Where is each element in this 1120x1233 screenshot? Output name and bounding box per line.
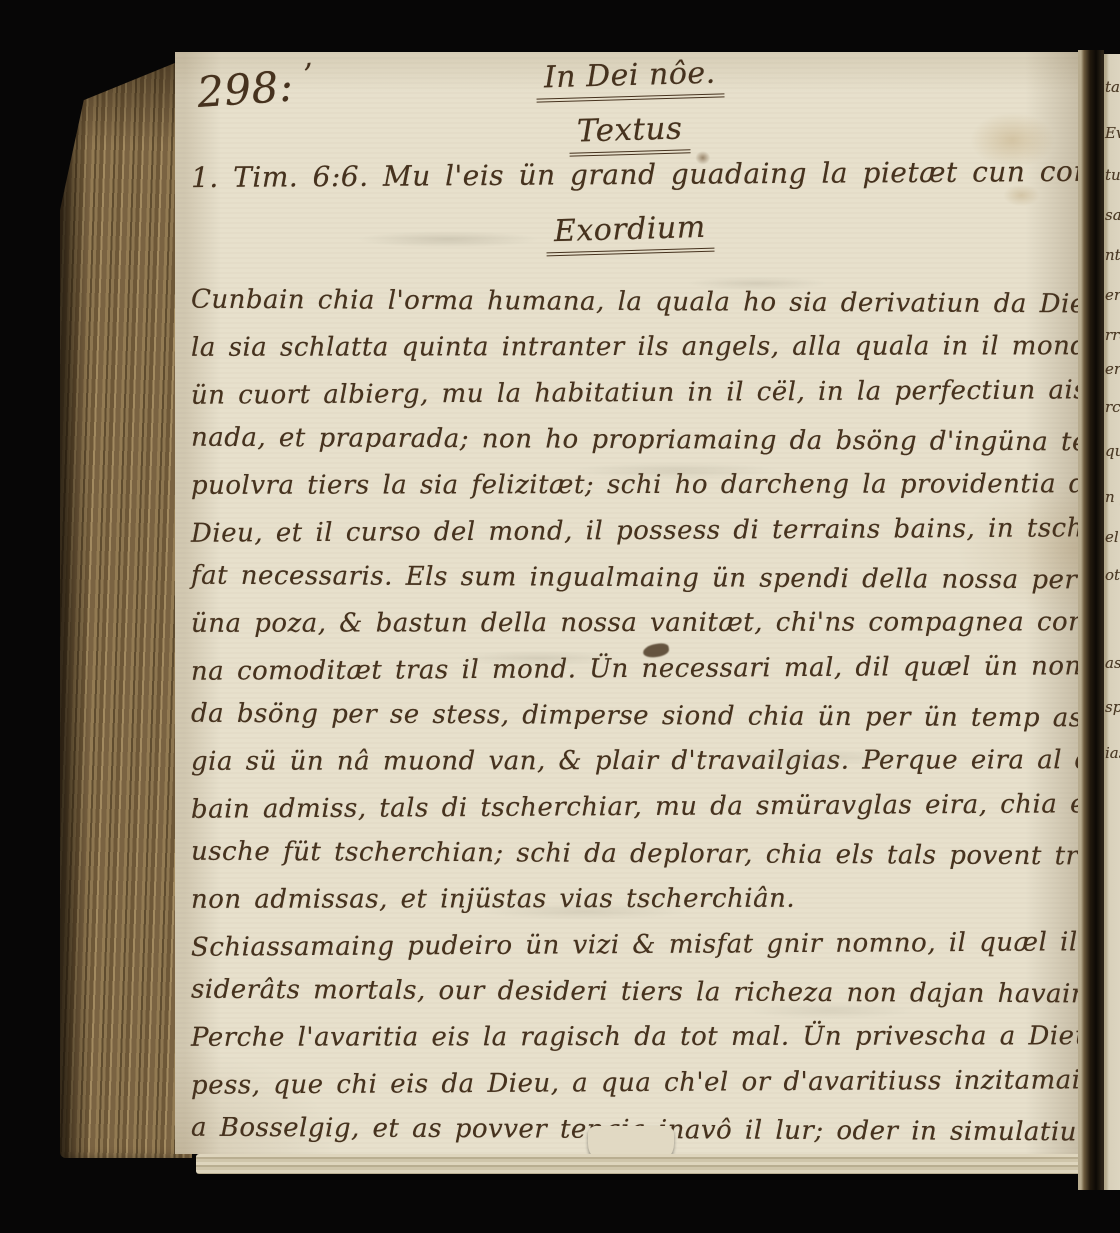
sliver-text-fragment: ot [1105,566,1120,584]
manuscript-line: puolvra tiers la sia felizitæt; schi ho … [191,461,1081,509]
sliver-text-fragment: eran [1105,360,1120,378]
sliver-text-fragment: el [1105,528,1119,546]
sliver-text-fragment: Eva [1105,124,1120,142]
manuscript-page: 298:ʼ In Dei nôe. Textus 1. Tim. 6:6. Mu… [175,52,1085,1154]
manuscript-line: fat necessaris. Els sum ingualmaing ün s… [191,553,1081,604]
book-fore-edge [60,56,192,1158]
manuscript-scan: 298:ʼ In Dei nôe. Textus 1. Tim. 6:6. Mu… [0,0,1120,1233]
sliver-text-fragment: rche [1105,398,1120,416]
manuscript-line: Schiassamaing pudeiro ün vizi & misfat g… [191,919,1081,970]
textus-row: Textus [175,112,1085,155]
facing-page-sliver: talEvatulsainteerdrraieranrchequan pelot… [1104,54,1120,1190]
page-header: In Dei nôe. [536,55,725,102]
exordium-heading: Exordium [546,210,715,257]
manuscript-line: Perche l'avaritia eis la ragisch da tot … [191,1013,1081,1061]
textus-heading: Textus [569,110,692,156]
manuscript-line: gia sü ün nâ muond van, & plair d'travai… [191,737,1081,785]
manuscript-line: bain admiss, tals di tscherchiar, mu da … [191,781,1081,832]
sliver-text-fragment: sai [1105,206,1120,224]
sliver-text-fragment: tul [1105,166,1120,184]
sliver-text-fragment: n p [1105,488,1120,506]
header-row: In Dei nôe. [175,58,1085,100]
manuscript-line: ün cuort albierg, mu la habitatiun in il… [191,367,1081,418]
exordium-row: Exordium [175,212,1085,254]
sliver-text-fragment: erd [1105,286,1120,304]
manuscript-line: da bsöng per se stess, dimperse siond ch… [191,691,1081,742]
manuscript-line: üna poza, & bastun della nossa vanitæt, … [191,599,1081,647]
manuscript-line: la sia schlatta quinta intranter ils ang… [191,323,1081,371]
sliver-text-fragment: qua [1105,442,1120,460]
manuscript-line: Dieu, et il curso del mond, il possess d… [191,505,1081,556]
manuscript-line: na comoditæt tras il mond. Ün necessari … [191,643,1081,694]
sliver-text-fragment: sp [1105,698,1120,716]
book-gutter [1078,50,1104,1190]
sliver-text-fragment: rrai [1105,326,1120,344]
manuscript-line: siderâts mortals, our desideri tiers la … [191,967,1081,1018]
body-text: Cunbain chia l'orma humana, la quala ho … [191,278,1081,1152]
page-bottom-edges [196,1154,1088,1174]
manuscript-line: Cunbain chia l'orma humana, la quala ho … [191,277,1081,328]
manuscript-line: non admissas, et injüstas vias tscherchi… [191,875,1081,923]
sliver-text-fragment: ias [1105,744,1120,762]
sliver-text-fragment: tal [1105,78,1120,96]
manuscript-line: usche füt tscherchian; schi da deplorar,… [191,829,1081,880]
manuscript-line: nada, et praparada; non ho propriamaing … [191,415,1081,466]
manuscript-line: pess, que chi eis da Dieu, a qua ch'el o… [191,1057,1081,1108]
sliver-text-fragment: nte [1105,246,1120,264]
verse-line: 1. Tim. 6:6. Mu l'eis ün grand guadaing … [191,155,1075,194]
sliver-text-fragment: as [1105,654,1120,672]
